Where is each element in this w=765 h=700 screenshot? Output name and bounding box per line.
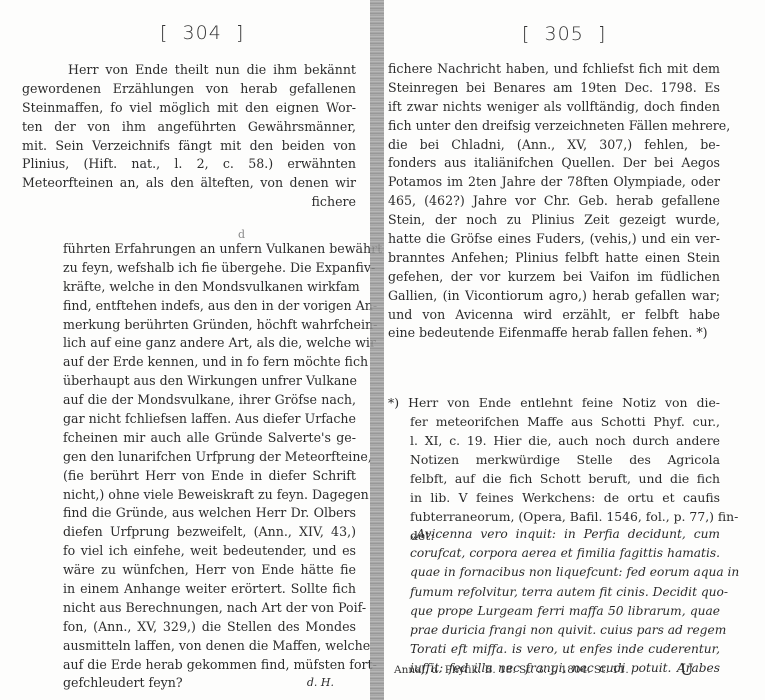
catchword: fichere [22,193,356,212]
bracket-close: ] [236,22,244,44]
right-paragraph: fichere Nachricht haben, und fchliefst f… [388,60,720,343]
footnote-line: felbft, auf die fich Schott beruft, und … [388,469,720,488]
text-line: in einem Anhange weiter erörtert. Sollte… [63,580,356,599]
left-paragraph-1: Herr von Ende theilt nun die ihm bekännt… [68,61,356,212]
page-number-305: [ 305 ] [522,23,606,45]
footnote-line: l. XI, c. 19. Hier die, auch noch durch … [388,431,720,450]
text-line: Potamos im 2ten Jahre der 78ften Olympia… [388,173,720,192]
text-line: eine bedeutende Eifenmaffe herab fallen … [388,324,720,343]
quote-line: quae in fornacibus non liquefcunt: fed e… [410,563,720,582]
text-line: fich unter den dreifsig verzeichneten Fä… [388,117,720,136]
text-line: und von Avicenna wird erzählt, er felbft… [388,306,720,325]
text-line: auf der Erde kennen, und in fo fern möch… [63,353,356,372]
text-line: ten der von ihm angeführten Gewährsmänne… [22,118,356,137]
text-line: kräfte, welche in den Mondsvulkanen wirk… [63,278,356,297]
bracket-close: ] [598,23,606,45]
journal-citation: Annal. d. Phyfik. B. 18. St. 3. J. 1804.… [394,664,629,676]
quote-line: Torati eft miffa. is vero, ut enfes inde… [410,640,720,659]
text-line: find die Gründe, aus welchen Herr Dr. Ol… [63,504,356,523]
footnote-line: fer meteorifchen Maffe aus Schotti Phyf.… [388,412,720,431]
author-signature: d. H. [307,674,334,693]
text-line: mit. Sein Verzeichnifs fängt mit den bei… [22,137,356,156]
text-line: fichere Nachricht haben, und fchliefst f… [388,60,720,79]
text-line: Gallien, (in Vicontiorum agro,) herab ge… [388,287,720,306]
text-line: find, entftehen indefs, aus den in der v… [63,297,356,316]
bracket-open: [ [522,23,530,45]
page-number-304: [ 304 ] [160,22,244,44]
text-line: branntes Anfehen; Plinius felbft hatte e… [388,249,720,268]
text-line: auf die der Mondsvulkane, ihrer Gröfse n… [63,391,356,410]
text-line: Steinregen bei Benares am 19ten Dec. 179… [388,79,720,98]
text-line: merkung berührten Gründen, höchft wahrfc… [63,316,356,335]
text-line: 465, (462?) Jahre vor Chr. Geb. herab ge… [388,192,720,211]
left-paragraph-2: führten Erfahrungen an unfern Vulkanen b… [63,240,356,693]
footnote: *) Herr von Ende entlehnt feine Notiz vo… [388,393,720,545]
quote-line: que prope Lurgeam ferri maffa 50 libraru… [410,602,720,621]
book-spread: [ 304 ] Herr von Ende theilt nun die ihm… [0,0,765,700]
text-line: zu feyn, wefshalb ich fie übergehe. Die … [63,259,356,278]
text-line: gar nicht fchliefsen laffen. Aus diefer … [63,410,356,429]
latin-quotation: „Avicenna vero inquit: in Perfia decidun… [410,525,720,679]
quote-line: fumum refolvitur, terra autem fit cinis.… [410,583,720,602]
text-line: fon, (Ann., XV, 329,) die Stellen des Mo… [63,618,356,637]
signature-mark: U [680,660,693,679]
text-line: Steinmaffen, fo viel möglich mit den eig… [22,99,356,118]
text-line: diefen Urfprung bezweifelt, (Ann., XIV, … [63,523,356,542]
text-line: fonders aus italiänifchen Quellen. Der b… [388,154,720,173]
text-line: lich auf eine ganz andere Art, als die, … [63,334,356,353]
text-line: nicht,) ohne viele Beweiskraft zu feyn. … [63,486,356,505]
text-line: (fie berührt Herr von Ende in diefer Sch… [63,467,356,486]
right-page: [ 305 ] fichere Nachricht haben, und fch… [384,0,765,700]
text-line: gen den lunarifchen Urfprung der Meteorf… [63,448,356,467]
running-footer: Annal. d. Phyfik. B. 18. St. 3. J. 1804.… [394,664,724,676]
text-line: fo viel ich einfehe, weit bedeutender, u… [63,542,356,561]
quote-line: corufcat, corpora aerea et fimilia fagit… [410,544,720,563]
footnote-line: in lib. V feines Werkchens: de ortu et c… [388,488,720,507]
footnote-line: Notizen merkwürdige Stelle des Agricola [388,450,720,469]
text-line: die bei Chladni, (Ann., XV, 307,) fehlen… [388,136,720,155]
text-line: gewordenen Erzählungen von herab gefalle… [22,80,356,99]
text-line: hatte die Gröfse eines Fuders, (vehis,) … [388,230,720,249]
text-line: wäre zu wünfchen, Herr von Ende hätte fi… [63,561,356,580]
footnote-line: fubterraneorum, (Opera, Bafil. 1546, fol… [388,507,720,526]
quote-line: „Avicenna vero inquit: in Perfia decidun… [410,525,720,544]
text-line: ausmitteln laffen, von denen die Maffen,… [63,637,356,656]
page-number-value: 305 [545,23,584,45]
text-line: Stein, der noch zu Plinius Zeit gezeigt … [388,211,720,230]
text-line: führten Erfahrungen an unfern Vulkanen b… [63,240,356,259]
quote-line: prae duricia frangi non quivit. cuius pa… [410,621,720,640]
text-line: gefehen, der vor kurzem bei Vaifon im fü… [388,268,720,287]
page-number-value: 304 [183,22,222,44]
text-line: nicht aus Berechnungen, nach Art der von… [63,599,356,618]
final-text: gefchleudert feyn? [63,674,183,693]
text-line: gefchleudert feyn? d. H. [63,674,356,693]
text-line: Meteorfteinen an, als den älteften, von … [22,174,356,193]
bracket-open: [ [160,22,168,44]
text-line: Plinius, (Hift. nat., l. 2, c. 58.) erwä… [22,155,356,174]
left-page: [ 304 ] Herr von Ende theilt nun die ihm… [0,0,372,700]
text-line: überhaupt aus den Wirkungen unfrer Vulka… [63,372,356,391]
text-line: auf die Erde herab gekommen find, müfste… [63,656,356,675]
footnote-line: *) Herr von Ende entlehnt feine Notiz vo… [388,393,720,412]
text-line: Herr von Ende theilt nun die ihm bekännt [68,61,356,80]
text-line: fcheinen mir auch alle Gründe Salverte's… [63,429,356,448]
text-line: ift zwar nichts weniger als vollftändig,… [388,98,720,117]
book-spine [370,0,384,700]
